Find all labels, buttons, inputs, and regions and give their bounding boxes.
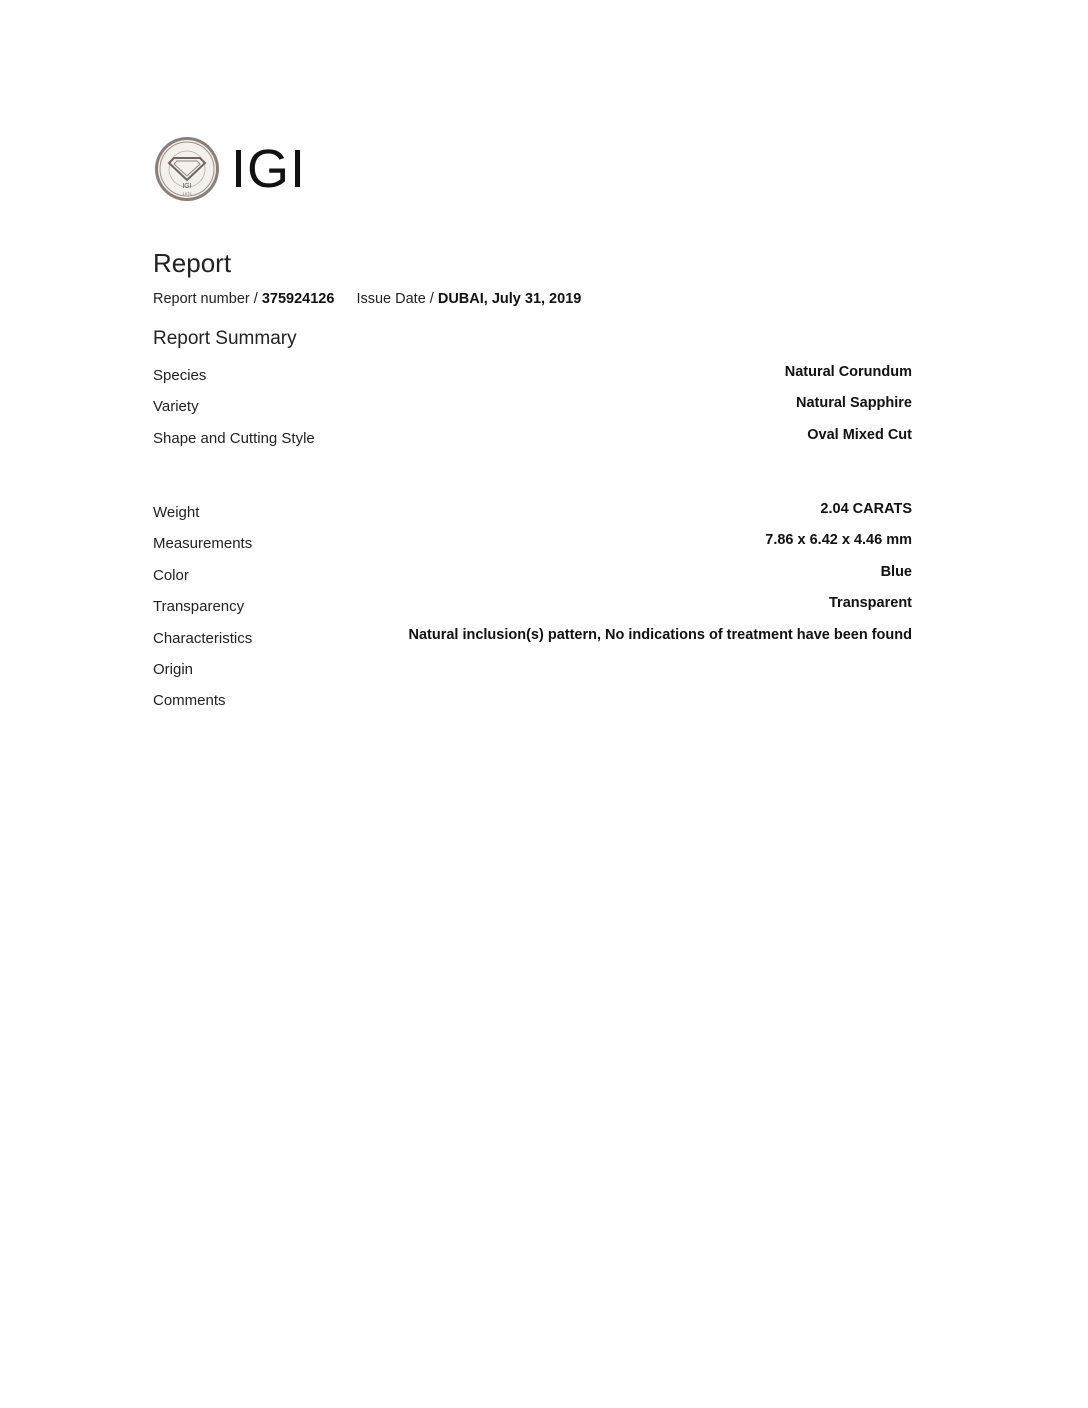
page-title: Report (153, 248, 231, 279)
report-number: 375924126 (262, 291, 335, 307)
detail-row-weight: Weight 2.04 CARATS (153, 501, 912, 523)
field-label: Measurements (153, 535, 252, 552)
section-title: Report Summary (153, 328, 297, 350)
field-label: Origin (153, 661, 193, 678)
issue-date-label: Issue Date / (356, 291, 433, 307)
field-label: Comments (153, 692, 226, 709)
igi-logo: IGI 1975 IGI (153, 136, 306, 202)
detail-row-characteristics: Characteristics Natural inclusion(s) pat… (153, 627, 912, 649)
field-label: Transparency (153, 598, 244, 615)
field-label: Color (153, 567, 189, 584)
field-label: Variety (153, 398, 199, 415)
detail-row-comments: Comments (153, 689, 912, 711)
field-label: Shape and Cutting Style (153, 430, 315, 447)
field-label: Species (153, 367, 206, 384)
logo-wordmark: IGI (231, 142, 306, 196)
field-label: Weight (153, 504, 199, 521)
svg-text:IGI: IGI (182, 183, 191, 190)
report-number-label: Report number / (153, 291, 258, 307)
summary-row-variety: Variety Natural Sapphire (153, 395, 912, 417)
detail-row-transparency: Transparency Transparent (153, 595, 912, 617)
field-value: Natural Sapphire (796, 395, 912, 411)
svg-text:1975: 1975 (183, 191, 193, 196)
issue-date: DUBAI, July 31, 2019 (438, 291, 581, 307)
field-value: Natural Corundum (785, 364, 912, 380)
field-label: Characteristics (153, 630, 252, 647)
summary-row-shape: Shape and Cutting Style Oval Mixed Cut (153, 427, 912, 449)
field-value: Transparent (829, 595, 912, 611)
igi-seal-icon: IGI 1975 (153, 136, 221, 202)
detail-row-measurements: Measurements 7.86 x 6.42 x 4.46 mm (153, 532, 912, 554)
field-value: Blue (881, 564, 912, 580)
report-meta: Report number / 375924126 Issue Date / D… (153, 291, 581, 307)
detail-row-origin: Origin (153, 658, 912, 680)
field-value: Natural inclusion(s) pattern, No indicat… (408, 627, 912, 643)
field-value: Oval Mixed Cut (807, 427, 912, 443)
field-value: 2.04 CARATS (820, 501, 912, 517)
field-value: 7.86 x 6.42 x 4.46 mm (765, 532, 912, 548)
detail-row-color: Color Blue (153, 564, 912, 586)
summary-row-species: Species Natural Corundum (153, 364, 912, 386)
